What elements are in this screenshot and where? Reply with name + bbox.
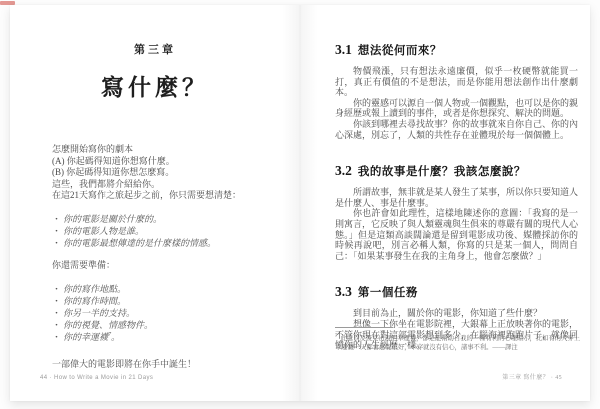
- footnote-text: 7此處以及後文出現的幸運襪，都是能幫助自我的一種有利的心理暗示，比如有的人穿上幸…: [335, 333, 580, 352]
- bullet-icon: ・: [52, 214, 61, 224]
- section-title: 我的故事是什麼？我該怎麼說？: [358, 166, 526, 178]
- list-item-text: 你的幸運襪: [63, 332, 108, 342]
- paragraph: 你的靈感可以源自一個人物或一個觀點，也可以是你的親身經歷或報上讀到的事件，或者是…: [335, 98, 578, 119]
- list-item-text: 你的電影最想傳達的是什麼樣的情感。: [63, 238, 216, 248]
- footnote-divider: [335, 327, 393, 328]
- closing-sentence: 一部偉大的電影即將在你手中誕生！: [52, 359, 270, 371]
- open-book-spread: 第三章 寫什麼？ 怎麼開始寫你的劇本 (A) 你起碼得知道你想寫什麼。 (B) …: [10, 5, 590, 401]
- intro-line: 這些，我們都將介紹給你。: [52, 179, 270, 191]
- footnote-block: 7此處以及後文出現的幸運襪，都是能幫助自我的一種有利的心理暗示，比如有的人穿上幸…: [335, 327, 580, 352]
- list-item: ・你的電影人物是誰。: [52, 225, 270, 237]
- paragraph: 到目前為止，關於你的電影，你知道了些什麼？: [335, 308, 578, 319]
- prepare-heading: 你還需要準備：: [52, 260, 270, 272]
- section-3-2: 3.2我的故事是什麼？我該怎麼說？ 所謂故事，無非就是某人發生了某事，所以你只要…: [335, 162, 578, 261]
- know-bullet-list: ・你的電影是關於什麼的。 ・你的電影人物是誰。 ・你的電影最想傳達的是什麼樣的情…: [52, 213, 270, 249]
- right-running-footer: 第三章 寫什麼？ · 45: [502, 372, 562, 381]
- prepare-heading-text: 你還需要準備：: [52, 260, 270, 272]
- list-item: ・你的電影最想傳達的是什麼樣的情感。: [52, 237, 270, 249]
- intro-line: 在這21天寫作之旅起步之前，你只需要想清楚：: [52, 190, 270, 202]
- bullet-icon: ・: [52, 238, 61, 248]
- list-item-text: 你的電影人物是誰。: [63, 226, 144, 236]
- intro-paragraph: 怎麼開始寫你的劇本 (A) 你起碼得知道你想寫什麼。 (B) 你起碼得知道你想怎…: [52, 144, 270, 202]
- left-page: 第三章 寫什麼？ 怎麼開始寫你的劇本 (A) 你起碼得知道你想寫什麼。 (B) …: [10, 5, 300, 401]
- prepare-bullet-list: ・你的寫作地點。 ・你的寫作時間。 ・你另一半的支持。 ・你的視覺、情感物件。 …: [52, 283, 270, 343]
- list-item: ・你另一半的支持。: [52, 307, 270, 319]
- intro-line: (A) 你起碼得知道你想寫什麼。: [52, 156, 270, 168]
- list-item: ・你的電影是關於什麼的。: [52, 213, 270, 225]
- bullet-icon: ・: [52, 320, 61, 330]
- bullet-icon: ・: [52, 332, 61, 342]
- intro-line: (B) 你起碼得知道你想怎麼寫。: [52, 167, 270, 179]
- section-heading: 3.1想法從何而來？: [335, 41, 578, 59]
- book-photo: 第三章 寫什麼？ 怎麼開始寫你的劇本 (A) 你起碼得知道你想寫什麼。 (B) …: [0, 0, 600, 409]
- section-number: 3.2: [335, 163, 352, 178]
- right-page-body: 3.1想法從何而來？ 物價飛漲，只有想法永遠廉價，似乎一枚硬幣就能買一打，真正有…: [335, 41, 578, 351]
- list-item-lucky-socks: ・你的幸運襪7。: [52, 331, 270, 343]
- left-running-footer: 44 · How to Write a Movie in 21 Days: [40, 375, 153, 381]
- section-heading: 3.2我的故事是什麼？我該怎麼說？: [335, 162, 578, 180]
- paragraph: 所謂故事，無非就是某人發生了某事，所以你只要知道人是什麼人、事是什麼事。: [335, 187, 578, 208]
- chapter-title: 寫什麼？: [10, 69, 300, 102]
- list-item-text: 你的電影是關於什麼的。: [63, 214, 162, 224]
- paragraph: 物價飛漲，只有想法永遠廉價，似乎一枚硬幣就能買一打，真正有價值的不是想法，而是你…: [335, 66, 578, 98]
- list-item-period: 。: [111, 332, 120, 342]
- section-heading: 3.3第一個任務: [335, 283, 578, 301]
- section-3-1: 3.1想法從何而來？ 物價飛漲，只有想法永遠廉價，似乎一枚硬幣就能買一打，真正有…: [335, 41, 578, 140]
- list-item-text: 你的寫作時間。: [63, 296, 126, 306]
- list-item: ・你的視覺、情感物件。: [52, 319, 270, 331]
- section-title: 想法從何而來？: [358, 45, 442, 57]
- list-item: ・你的寫作地點。: [52, 283, 270, 295]
- section-number: 3.3: [335, 284, 352, 299]
- section-title: 第一個任務: [358, 287, 418, 299]
- bullet-icon: ・: [52, 284, 61, 294]
- footnote-body: 此處以及後文出現的幸運襪，都是能幫助自我的一種有利的心理暗示，比如有的人穿上幸運…: [335, 335, 580, 351]
- section-number: 3.1: [335, 42, 352, 57]
- footnote-marker: 7: [335, 334, 338, 339]
- list-item: ・你的寫作時間。: [52, 295, 270, 307]
- intro-line: 怎麼開始寫你的劇本: [52, 144, 270, 156]
- list-item-text: 你另一半的支持。: [63, 308, 135, 318]
- paragraph: 你該到哪裡去尋找故事？你的故事就來自你自己、你的內心深處，別忘了，人類的共性存在…: [335, 119, 578, 140]
- chapter-heading: 第三章 寫什麼？: [10, 41, 300, 102]
- bullet-icon: ・: [52, 226, 61, 236]
- chapter-number: 第三章: [10, 41, 300, 57]
- list-item-text: 你的視覺、情感物件。: [63, 320, 153, 330]
- right-page: 3.1想法從何而來？ 物價飛漲，只有想法永遠廉價，似乎一枚硬幣就能買一打，真正有…: [300, 5, 590, 401]
- paragraph: 你也許會如此理性，這樣地陳述你的意圖：「我寫的是一則寓言，它反映了與人類靈魂與生…: [335, 208, 578, 261]
- list-item-text: 你的寫作地點。: [63, 284, 126, 294]
- left-page-body: 怎麼開始寫你的劇本 (A) 你起碼得知道你想寫什麼。 (B) 你起碼得知道你想怎…: [52, 144, 270, 370]
- bullet-icon: ・: [52, 296, 61, 306]
- bullet-icon: ・: [52, 308, 61, 318]
